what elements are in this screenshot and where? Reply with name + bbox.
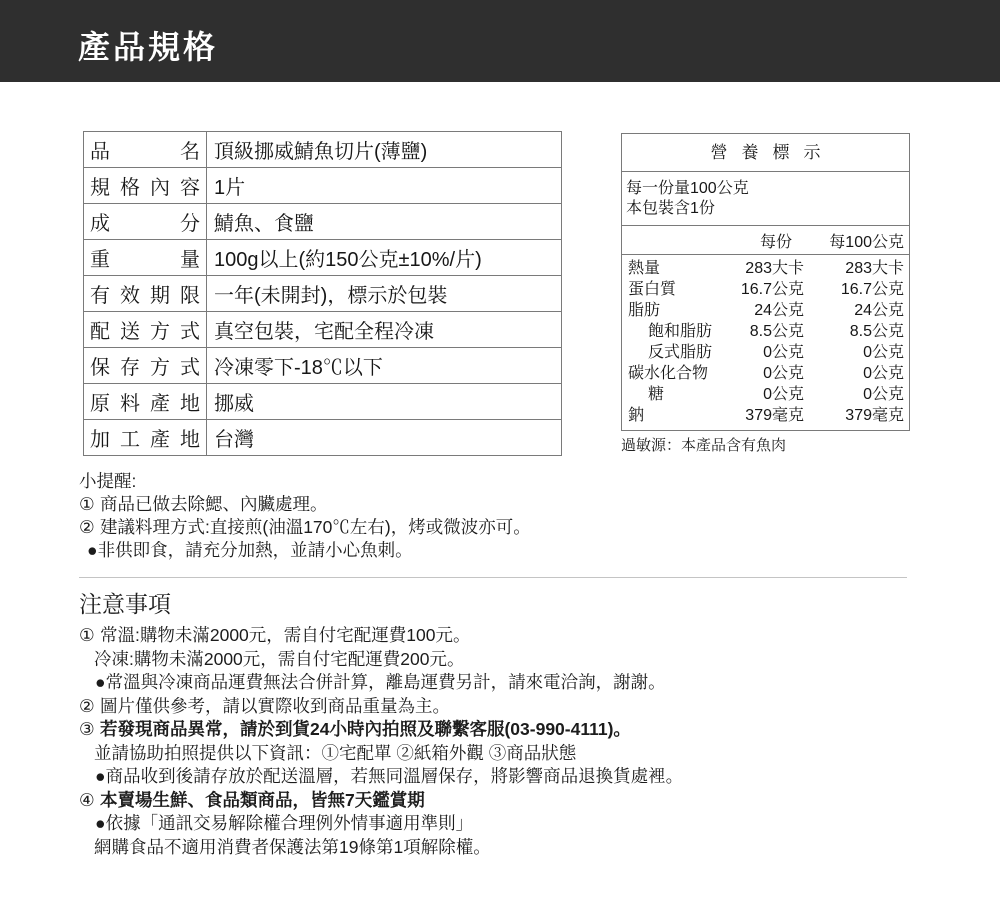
notice-section: 注意事項 ① 常溫:購物未滿2000元，需自付宅配運費100元。 冷凍:購物未滿… [79, 590, 683, 859]
notice-item: ② 圖片僅供參考，請以實際收到商品重量為主。 [79, 695, 683, 719]
nutrient-per-100g: 0公克 [804, 342, 909, 363]
spec-label: 成分 [84, 204, 207, 240]
spec-label: 品名 [84, 132, 207, 168]
reminder-note: ●非供即食，請充分加熱，並請小心魚刺。 [87, 539, 531, 562]
spec-value: 台灣 [207, 420, 562, 456]
notice-note: ●依據「通訊交易解除權合理例外情事適用準則」 [95, 812, 683, 836]
reminder-text: 商品已做去除鰓、內臟處理。 [100, 493, 328, 516]
nutrition-facts-table: 營養標示 每一份量100公克 本包裝含1份 每份 每100公克 熱量 283大卡… [621, 133, 910, 431]
spec-value: 100g以上(約150公克±10%/片) [207, 240, 562, 276]
nutrient-per-serving: 0公克 [714, 342, 804, 363]
nutrient-per-serving: 0公克 [714, 363, 804, 384]
notice-item: ④ 本賣場生鮮、食品類商品，皆無7天鑑賞期 [79, 789, 683, 813]
notice-text: 冷凍:購物未滿2000元，需自付宅配運費200元。 [94, 648, 683, 672]
spec-label: 原料產地 [84, 384, 207, 420]
allergen-note: 過敏源：本產品含有魚肉 [621, 434, 786, 455]
list-marker: ① [79, 624, 100, 648]
list-marker: ③ [79, 718, 100, 742]
nutrition-row: 鈉 379毫克 379毫克 [622, 405, 909, 426]
nutrient-per-serving: 24公克 [714, 300, 804, 321]
nutrient-per-serving: 0公克 [714, 384, 804, 405]
list-marker: ① [79, 493, 100, 516]
list-marker: ② [79, 516, 100, 539]
product-spec-table: 品名 頂級挪威鯖魚切片(薄鹽) 規格內容 1片 成分 鯖魚、食鹽 重量 100g… [83, 131, 562, 456]
nutrition-rows: 熱量 283大卡 283大卡 蛋白質 16.7公克 16.7公克 脂肪 24公克… [622, 255, 909, 430]
nutrition-serving-info: 每一份量100公克 本包裝含1份 [622, 172, 909, 226]
notice-note: ●常溫與冷凍商品運費無法合併計算，離島運費另計，請來電洽詢，謝謝。 [95, 671, 683, 695]
table-row: 配送方式 真空包裝，宅配全程冷凍 [84, 312, 562, 348]
table-row: 重量 100g以上(約150公克±10%/片) [84, 240, 562, 276]
notice-item: ③ 若發現商品異常，請於到貨24小時內拍照及聯繫客服(03-990-4111)。 [79, 718, 683, 742]
nutrient-name: 熱量 [622, 258, 660, 279]
nutrition-title: 營養標示 [622, 134, 909, 172]
section-divider [79, 577, 907, 578]
nutrient-name: 脂肪 [622, 300, 660, 321]
table-row: 保存方式 冷凍零下-18℃以下 [84, 348, 562, 384]
nutrient-per-serving: 16.7公克 [714, 279, 804, 300]
notice-text-bold: 若發現商品異常，請於到貨24小時內拍照及聯繫客服(03-990-4111)。 [100, 718, 631, 742]
nutrition-row: 糖 0公克 0公克 [622, 384, 909, 405]
notice-text: 圖片僅供參考，請以實際收到商品重量為主。 [100, 695, 450, 719]
page-title: 產品規格 [78, 22, 218, 68]
reminder-heading: 小提醒: [79, 470, 531, 493]
serving-size: 每一份量100公克 [626, 179, 905, 199]
nutrient-name: 糖 [622, 384, 664, 405]
notice-text: 常溫:購物未滿2000元，需自付宅配運費100元。 [100, 624, 471, 648]
reminder-item: ① 商品已做去除鰓、內臟處理。 [79, 493, 531, 516]
spec-label: 有效期限 [84, 276, 207, 312]
nutrient-per-100g: 16.7公克 [804, 279, 909, 300]
reminder-section: 小提醒: ① 商品已做去除鰓、內臟處理。 ② 建議料理方式:直接煎(油溫170℃… [79, 470, 531, 562]
nutrient-per-serving: 379毫克 [714, 405, 804, 426]
nutrient-per-serving: 8.5公克 [714, 321, 804, 342]
nutrition-row: 蛋白質 16.7公克 16.7公克 [622, 279, 909, 300]
col-header-per-serving: 每份 [714, 229, 804, 252]
spec-value: 頂級挪威鯖魚切片(薄鹽) [207, 132, 562, 168]
nutrient-per-100g: 283大卡 [804, 258, 909, 279]
notice-text: 網購食品不適用消費者保護法第19條第1項解除權。 [94, 836, 683, 860]
nutrition-row: 碳水化合物 0公克 0公克 [622, 363, 909, 384]
table-row: 原料產地 挪威 [84, 384, 562, 420]
page-header-bar: 產品規格 [0, 0, 1000, 82]
table-row: 品名 頂級挪威鯖魚切片(薄鹽) [84, 132, 562, 168]
table-row: 成分 鯖魚、食鹽 [84, 204, 562, 240]
nutrition-row: 反式脂肪 0公克 0公克 [622, 342, 909, 363]
table-row: 規格內容 1片 [84, 168, 562, 204]
nutrition-column-headers: 每份 每100公克 [622, 226, 909, 255]
nutrient-name: 飽和脂肪 [622, 321, 712, 342]
notice-heading: 注意事項 [79, 590, 683, 618]
table-row: 加工產地 台灣 [84, 420, 562, 456]
servings-per-package: 本包裝含1份 [626, 199, 905, 219]
nutrient-per-100g: 0公克 [804, 363, 909, 384]
col-header-per-100g: 每100公克 [804, 229, 909, 252]
nutrient-name: 鈉 [622, 405, 644, 426]
spec-label: 加工產地 [84, 420, 207, 456]
nutrient-name: 碳水化合物 [622, 363, 708, 384]
nutrition-row: 飽和脂肪 8.5公克 8.5公克 [622, 321, 909, 342]
nutrient-per-100g: 379毫克 [804, 405, 909, 426]
nutrient-name: 反式脂肪 [622, 342, 712, 363]
spec-value: 挪威 [207, 384, 562, 420]
spec-value: 冷凍零下-18℃以下 [207, 348, 562, 384]
spec-value: 鯖魚、食鹽 [207, 204, 562, 240]
list-marker: ④ [79, 789, 100, 813]
notice-text-bold: 本賣場生鮮、食品類商品，皆無7天鑑賞期 [100, 789, 425, 813]
reminder-text: 建議料理方式:直接煎(油溫170℃左右)，烤或微波亦可。 [100, 516, 531, 539]
reminder-item: ② 建議料理方式:直接煎(油溫170℃左右)，烤或微波亦可。 [79, 516, 531, 539]
spec-value: 真空包裝，宅配全程冷凍 [207, 312, 562, 348]
table-row: 有效期限 一年(未開封)，標示於包裝 [84, 276, 562, 312]
nutrient-name: 蛋白質 [622, 279, 676, 300]
nutrition-row: 熱量 283大卡 283大卡 [622, 258, 909, 279]
notice-text: 並請協助拍照提供以下資訊：①宅配單 ②紙箱外觀 ③商品狀態 [94, 742, 683, 766]
nutrient-per-100g: 24公克 [804, 300, 909, 321]
spec-label: 規格內容 [84, 168, 207, 204]
nutrition-row: 脂肪 24公克 24公克 [622, 300, 909, 321]
notice-note: ●商品收到後請存放於配送溫層，若無同溫層保存，將影響商品退換貨處裡。 [95, 765, 683, 789]
spec-label: 配送方式 [84, 312, 207, 348]
nutrient-per-serving: 283大卡 [714, 258, 804, 279]
notice-item: ① 常溫:購物未滿2000元，需自付宅配運費100元。 [79, 624, 683, 648]
spec-value: 1片 [207, 168, 562, 204]
spec-label: 保存方式 [84, 348, 207, 384]
list-marker: ② [79, 695, 100, 719]
nutrient-per-100g: 0公克 [804, 384, 909, 405]
spec-value: 一年(未開封)，標示於包裝 [207, 276, 562, 312]
nutrient-per-100g: 8.5公克 [804, 321, 909, 342]
spec-label: 重量 [84, 240, 207, 276]
